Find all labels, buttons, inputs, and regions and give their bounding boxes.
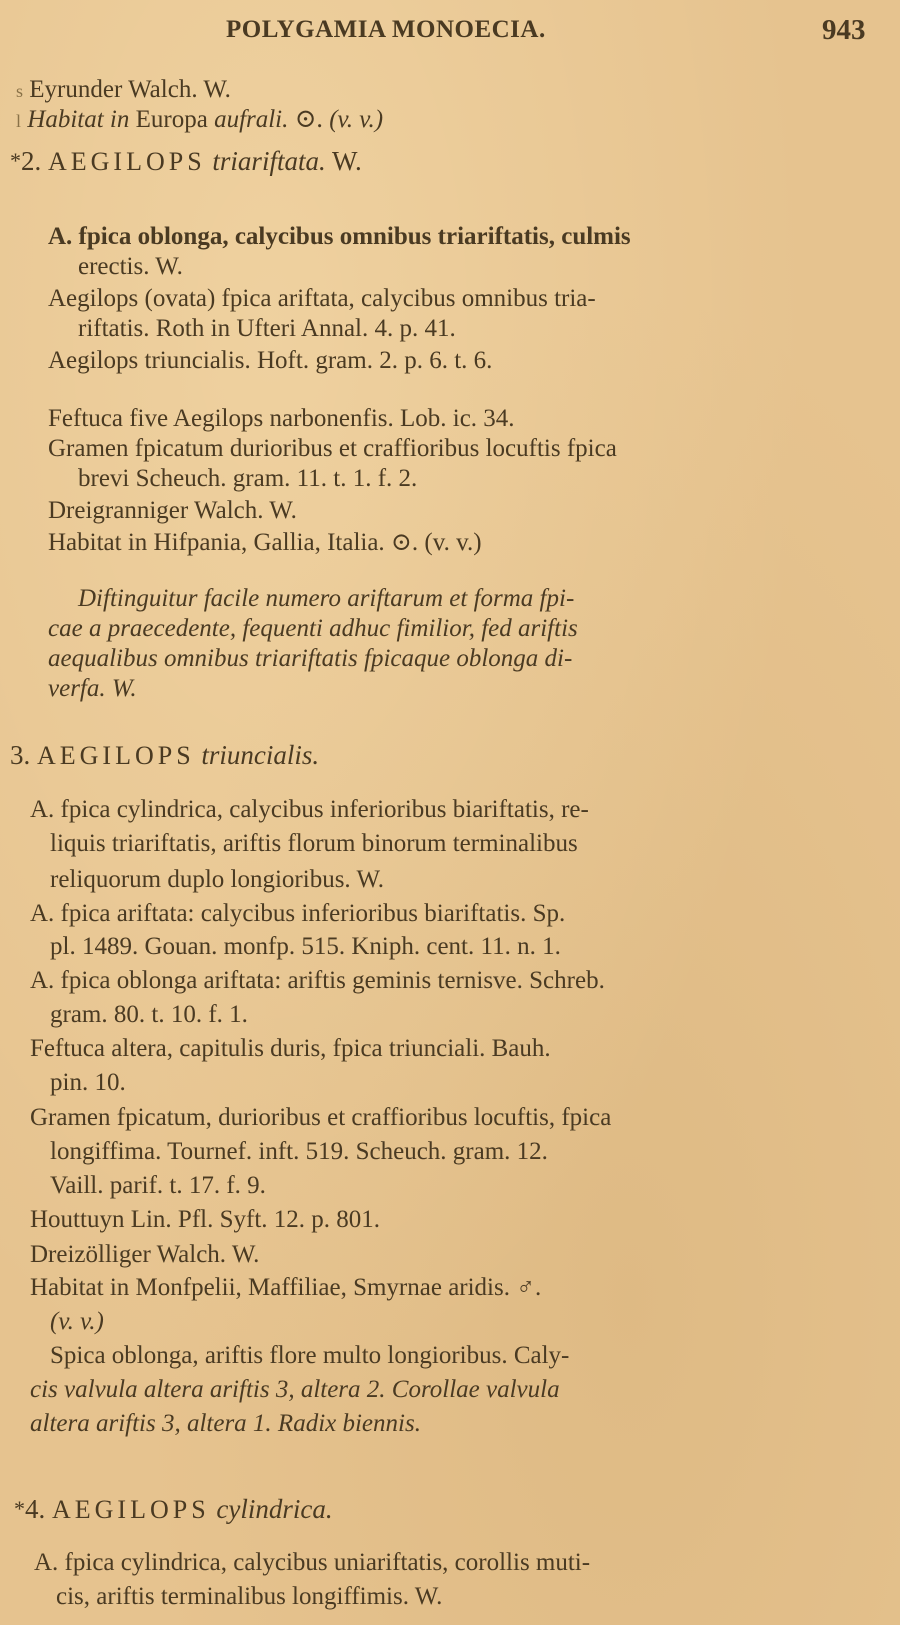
annual-symbol-icon: ⊙.	[295, 104, 323, 133]
species-number: 3.	[10, 740, 30, 770]
synonym-line: Houttuyn Lin. Pfl. Syft. 12. p. 801.	[30, 1205, 380, 1235]
habitat-label: Habitat in	[27, 106, 129, 133]
note-line: verfa. W.	[48, 674, 137, 704]
synonym-line: pl. 1489. Gouan. monfp. 515. Kniph. cent…	[50, 932, 561, 962]
vidi-vivam: (v. v.)	[329, 106, 383, 133]
species-author: W.	[332, 146, 362, 176]
synonym-line: A. fpica oblonga ariftata: ariftis gemin…	[30, 966, 605, 996]
synonym-line: Gramen fpicatum durioribus et craffiorib…	[48, 434, 617, 464]
species-heading-4: *4. AEGILOPS cylindrica.	[14, 1494, 333, 1525]
synonym-line: Aegilops triuncialis. Hoft. gram. 2. p. …	[48, 346, 492, 376]
synonym-line: longiffima. Tournef. inft. 519. Scheuch.…	[50, 1137, 548, 1167]
note-line: aequalibus omnibus triariftatis fpicaque…	[48, 644, 572, 674]
page-number: 943	[822, 14, 866, 47]
species-number: 4.	[25, 1494, 45, 1524]
continued-vernacular-line: s Eyrunder Walch. W.	[16, 75, 231, 106]
vernacular-name: Eyrunder Walch. W.	[29, 76, 231, 103]
synonym-line: Feftuca five Aegilops narbonenfis. Lob. …	[48, 404, 515, 434]
diagnosis-line: liquis triariftatis, ariftis florum bino…	[50, 829, 578, 859]
diagnosis-line: reliquorum duplo longioribus. W.	[50, 865, 384, 895]
synonym-line: Dreizölliger Walch. W.	[30, 1240, 259, 1270]
synonym-line: gram. 80. t. 10. f. 1.	[50, 1000, 248, 1030]
genus-name: AEGILOPS	[37, 741, 195, 770]
species-epithet: cylindrica.	[216, 1494, 332, 1524]
diagnosis-line: A. fpica cylindrica, calycibus inferiori…	[30, 795, 589, 825]
habitat-line: Habitat in Monfpelii, Maffiliae, Smyrnae…	[30, 1273, 541, 1303]
species-number: 2.	[21, 146, 41, 176]
species-heading-2: *2. AEGILOPS triariftata. W.	[10, 146, 362, 177]
habitat-line: Habitat in Hifpania, Gallia, Italia. ⊙. …	[48, 528, 482, 558]
note-line: cis valvula altera ariftis 3, altera 2. …	[30, 1375, 560, 1405]
synonym-line: brevi Scheuch. gram. 11. t. 1. f. 2.	[78, 464, 417, 494]
species-epithet: triuncialis.	[201, 740, 319, 770]
genus-name: AEGILOPS	[48, 147, 206, 176]
diagnosis-line: erectis. W.	[78, 252, 183, 282]
synonym-line: Dreigranniger Walch. W.	[48, 496, 297, 526]
synonym-line: Feftuca altera, capitulis duris, fpica t…	[30, 1034, 551, 1064]
note-line: cae a praecedente, fequenti adhuc fimili…	[48, 614, 578, 644]
note-line: altera ariftis 3, altera 1. Radix bienni…	[30, 1409, 421, 1439]
margin-mark: l	[16, 111, 21, 131]
habitat-place-qualifier: aufrali.	[214, 106, 288, 133]
running-head: POLYGAMIA MONOECIA.	[226, 16, 546, 44]
diagnosis-line: A. fpica cylindrica, calycibus uniarifta…	[34, 1548, 590, 1578]
diagnosis-line: cis, ariftis terminalibus longiffimis. W…	[56, 1582, 442, 1612]
asterisk-marker: *	[10, 148, 21, 173]
note-line: Spica oblonga, ariftis flore multo longi…	[50, 1341, 569, 1371]
synonym-line: A. fpica ariftata: calycibus inferioribu…	[30, 899, 565, 929]
book-page: POLYGAMIA MONOECIA. 943 s Eyrunder Walch…	[0, 0, 900, 1625]
species-heading-3: 3. AEGILOPS triuncialis.	[10, 740, 319, 771]
asterisk-marker: *	[14, 1496, 25, 1521]
page-header: POLYGAMIA MONOECIA. 943	[0, 10, 900, 50]
genus-name: AEGILOPS	[52, 1495, 210, 1524]
margin-mark: s	[16, 81, 23, 101]
synonym-line: pin. 10.	[50, 1068, 126, 1098]
note-line: Diftinguitur facile numero ariftarum et …	[78, 584, 574, 614]
synonym-line: riftatis. Roth in Ufteri Annal. 4. p. 41…	[78, 314, 456, 344]
diagnosis-line: A. fpica oblonga, calycibus omnibus tria…	[48, 222, 631, 252]
habitat-line: (v. v.)	[50, 1307, 104, 1337]
habitat-place: Europa	[136, 106, 208, 133]
synonym-line: Aegilops (ovata) fpica ariftata, calycib…	[48, 284, 596, 314]
synonym-line: Gramen fpicatum, durioribus et craffiori…	[30, 1103, 611, 1133]
continued-habitat-line: l Habitat in Europa aufrali. ⊙. (v. v.)	[16, 104, 383, 136]
synonym-line: Vaill. parif. t. 17. f. 9.	[50, 1171, 266, 1201]
species-epithet: triariftata.	[212, 146, 325, 176]
